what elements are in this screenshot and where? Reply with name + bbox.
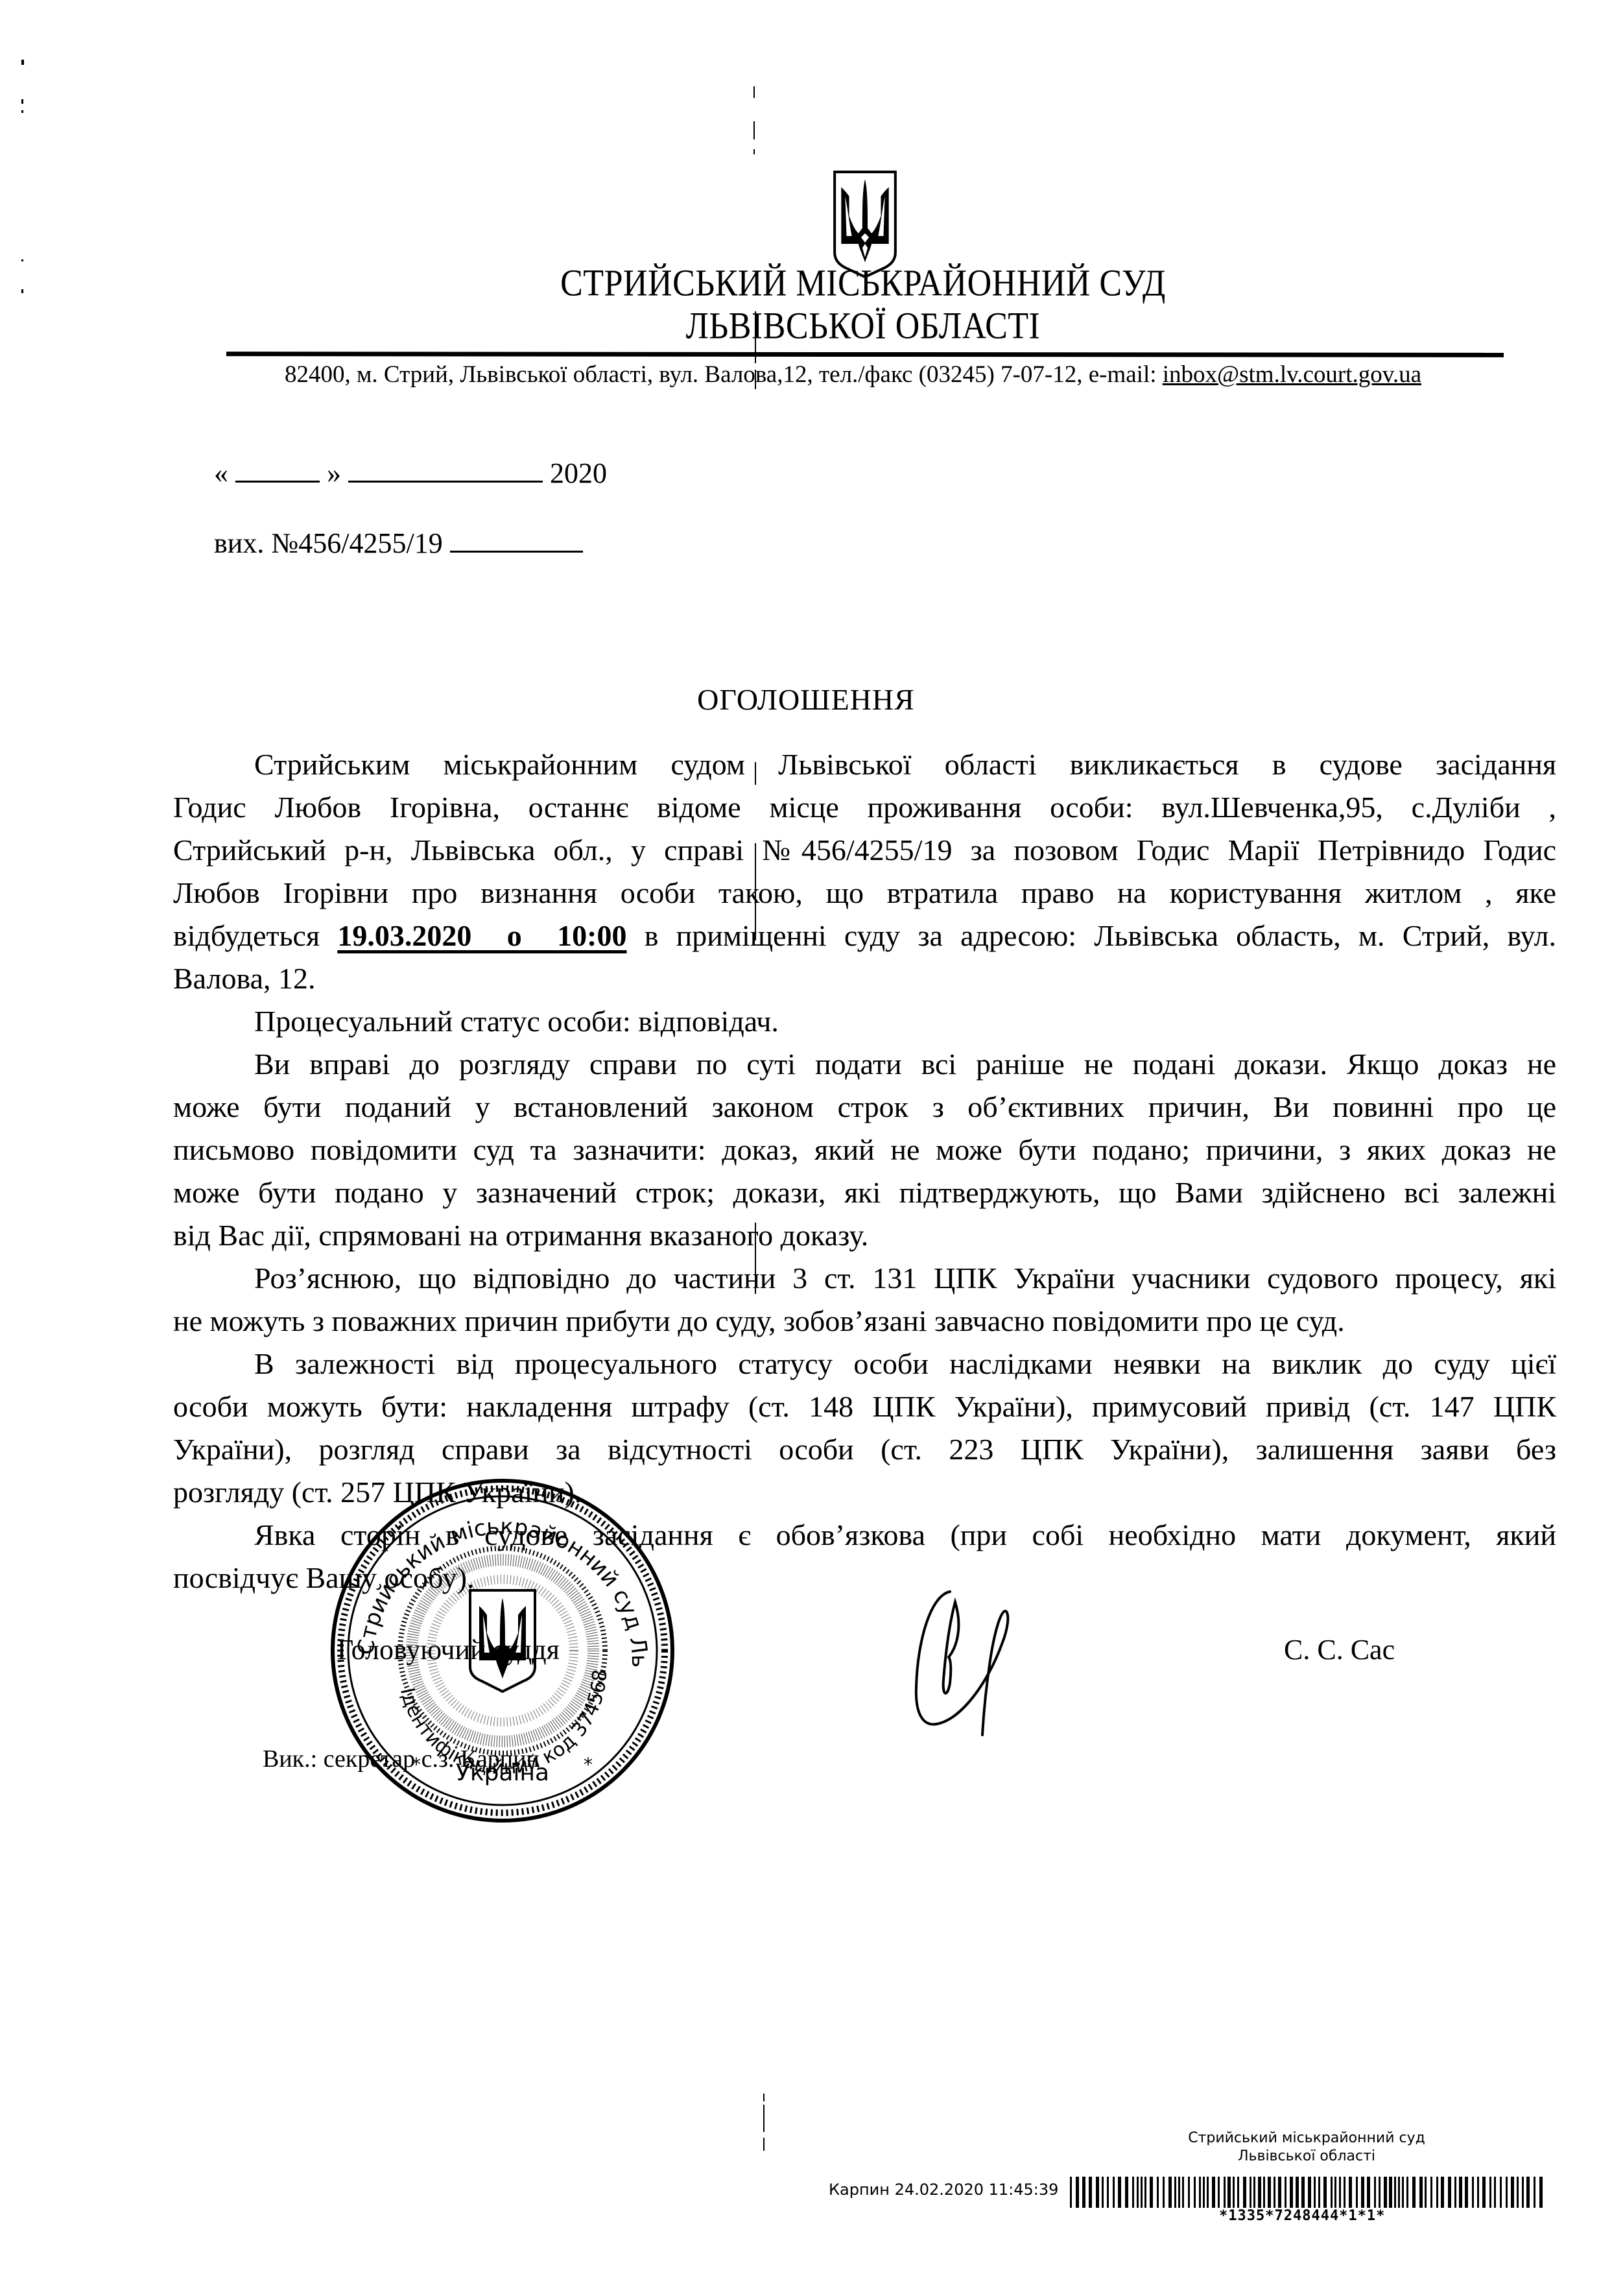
court-address: 82400, м. Стрий, Львівської області, вул… [285, 361, 1452, 389]
text-line: відбудеться 19.03.2020 о 10:00 в приміще… [173, 917, 1556, 960]
month-blank [348, 459, 543, 483]
text-line: особи можуть бути: накладення штрафу (ст… [173, 1388, 1556, 1431]
document-title: ОГОЛОШЕННЯ [0, 682, 1612, 717]
scan-artifact [21, 110, 23, 113]
address-text: 82400, м. Стрий, Львівської області, вул… [285, 361, 1163, 388]
footer-court-line2: Львівської області [1154, 2147, 1459, 2166]
hearing-datetime: 19.03.2020 о 10:00 [337, 919, 626, 952]
text-line: України), розгляд справи за відсутності … [173, 1431, 1556, 1474]
judge-name: С. С. Сас [1284, 1633, 1395, 1666]
court-name-line2: ЛЬВІВСЬКОЇ ОБЛАСТІ [57, 305, 1612, 348]
scan-artifact [763, 2138, 765, 2151]
scan-artifact [753, 149, 755, 154]
scan-artifact [753, 121, 755, 139]
paragraph: Роз’яснюю, що відповідно до частини 3 ст… [173, 1260, 1556, 1345]
scan-artifact [21, 60, 24, 65]
footer-court-name: Стрийський міськрайонний суд Львівської … [1154, 2129, 1459, 2166]
text-line: Стрийським міськрайонним судом Львівсько… [173, 746, 1556, 789]
footer-court-line1: Стрийський міськрайонний суд [1154, 2129, 1459, 2147]
paragraph: Стрийським міськрайонним судом Львівсько… [173, 746, 1556, 1003]
executor-line: Вик.: секретар с.з. Карпин [263, 1745, 539, 1773]
scan-artifact [21, 99, 23, 104]
handwritten-signature-icon [905, 1583, 1054, 1738]
text-line: не можуть з поважних причин прибути до с… [173, 1302, 1556, 1345]
court-name-line1: СТРИЙСЬКИЙ МІСЬКРАЙОННИЙ СУД [57, 262, 1612, 305]
text-line: Валова, 12. [173, 960, 1556, 1003]
reference-line: вих. №456/4255/19 [214, 527, 583, 560]
close-quote: » [327, 457, 341, 489]
text-line: Годис Любов Ігорівна, останнє відоме міс… [173, 789, 1556, 831]
text-line: Роз’яснюю, що відповідно до частини 3 ст… [173, 1260, 1556, 1302]
hearing-prefix: відбудеться [173, 919, 337, 952]
text-line: Стрийський р-н, Львівська обл., у справі… [173, 831, 1556, 874]
outgoing-number: вих. №456/4255/19 [214, 527, 443, 559]
text-line: письмово повідомити суд та зазначити: до… [173, 1131, 1556, 1174]
text-line: може бути подано у зазначений строк; док… [173, 1174, 1556, 1217]
text-line: Процесуальний статус особи: відповідач. [173, 1003, 1556, 1046]
date-line: « » 2020 [214, 457, 607, 490]
footer-registration-meta: Карпин 24.02.2020 11:45:39 [829, 2181, 1058, 2199]
day-blank [235, 459, 320, 483]
scan-artifact [21, 259, 23, 261]
text-line: від Вас дії, спрямовані на отримання вка… [173, 1217, 1556, 1260]
barcode-number: *1335*7248444*1*1* [1219, 2208, 1385, 2224]
announcement-body: Стрийським міськрайонним судом Львівсько… [173, 746, 1556, 1602]
header-divider [226, 352, 1504, 357]
year: 2020 [550, 457, 607, 489]
hearing-location: в приміщенні суду за адресою: Львівська … [627, 919, 1557, 952]
paragraph: Процесуальний статус особи: відповідач. [173, 1003, 1556, 1046]
text-line: Любов Ігорівни про визнання особи такою,… [173, 874, 1556, 917]
email-link[interactable]: inbox@stm.lv.court.gov.ua [1163, 361, 1421, 388]
scan-artifact [21, 289, 23, 293]
paragraph: Ви вправі до розгляду справи по суті под… [173, 1046, 1556, 1260]
svg-text:*: * [584, 1754, 593, 1775]
presiding-judge-label: Головуючий суддя [337, 1633, 560, 1666]
text-line: В залежності від процесуального статусу … [173, 1345, 1556, 1388]
scan-artifact [753, 86, 755, 98]
text-line: може бути поданий у встановлений законом… [173, 1088, 1556, 1131]
open-quote: « [214, 457, 228, 489]
scan-artifact [763, 2105, 765, 2132]
reference-blank [450, 529, 583, 553]
text-line: Ви вправі до розгляду справи по суті под… [173, 1046, 1556, 1088]
barcode-icon [1070, 2177, 1543, 2208]
scan-artifact [763, 2094, 765, 2101]
